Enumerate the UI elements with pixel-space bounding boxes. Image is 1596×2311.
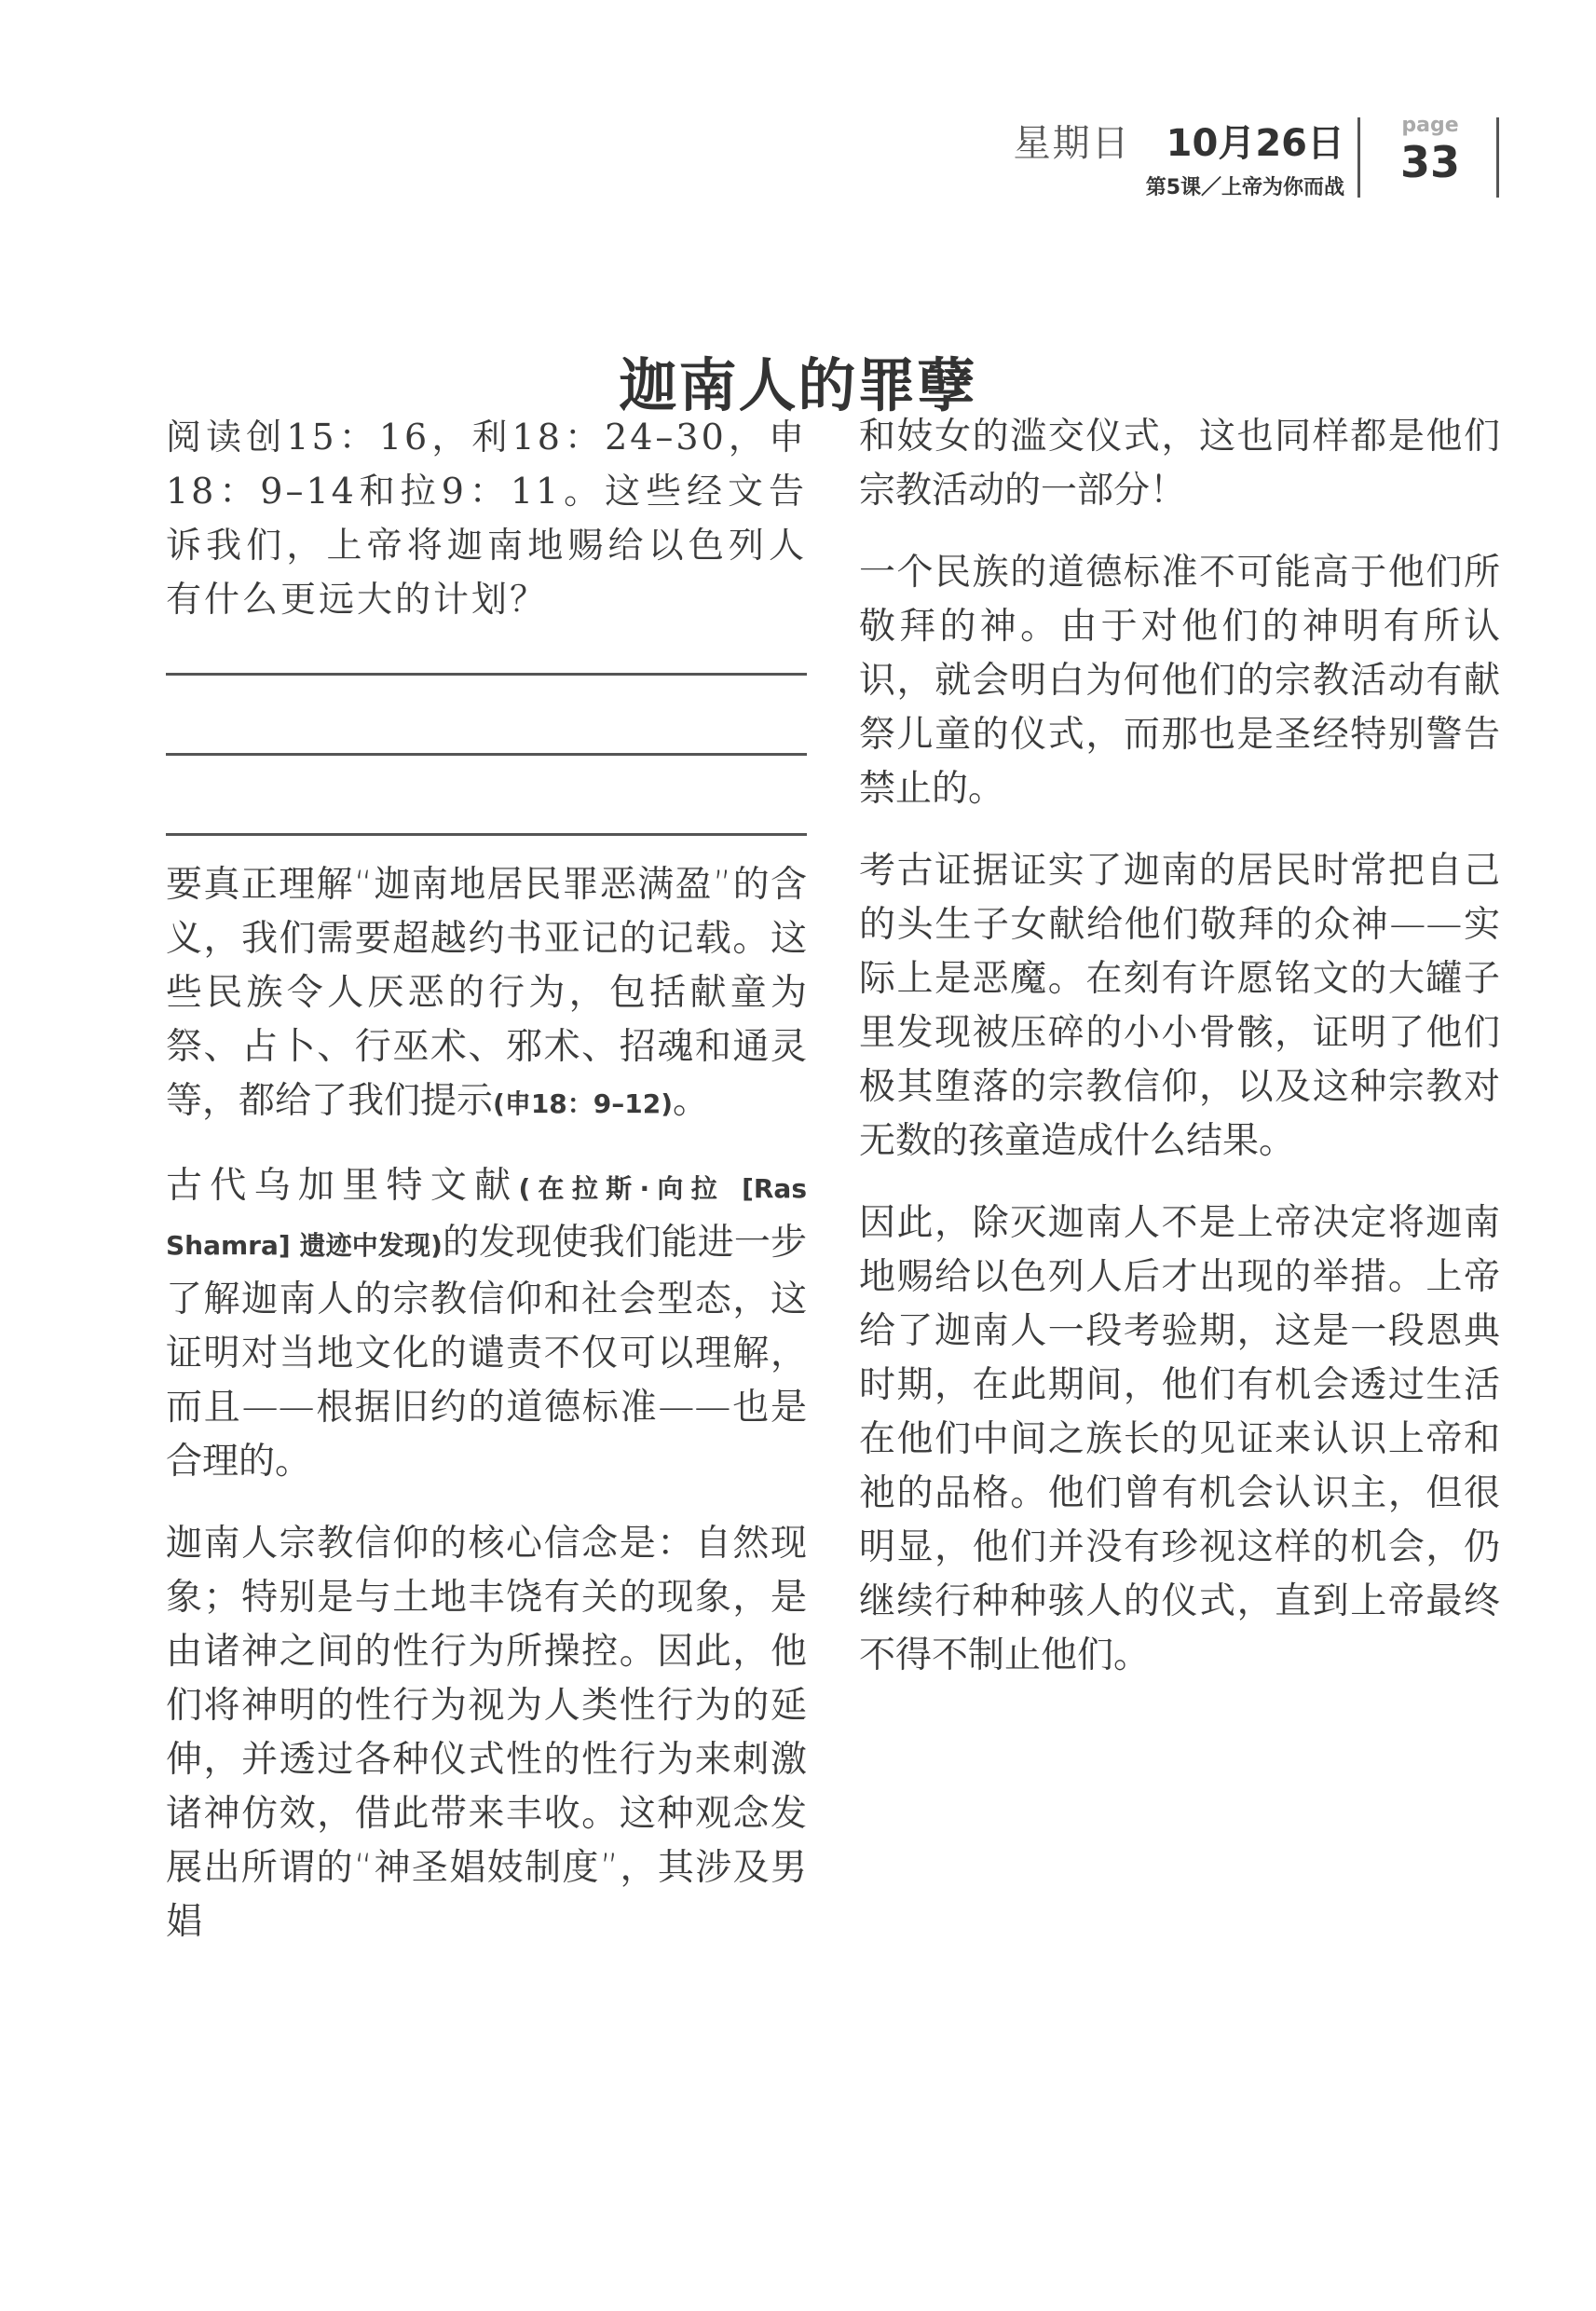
paragraph: 要真正理解“迦南地居民罪恶满盈”的含义，我们需要超越约书亚记的记载。这些民族令人… [166,858,807,1131]
paragraph: 古代乌加里特文献(在拉斯·向拉 [Ras Shamra] 遗迹中发现)的发现使我… [166,1159,807,1489]
paragraph: 因此，除灭迦南人不是上帝决定将迦南地赐给以色列人后才出现的举措。上帝给了迦南人一… [859,1197,1500,1683]
paragraph: 和妓女的滥交仪式，这也同样都是他们宗教活动的一部分！ [859,410,1500,518]
day-date-line: 星期日10月26日 [1014,121,1344,173]
page-indicator: page 33 [1370,114,1491,186]
paragraph-text: 的发现使我们能进一步了解迦南人的宗教信仰和社会型态，这证明对当地文化的谴责不仅可… [166,1222,807,1483]
lesson-subtitle: 第5课／上帝为你而战 [1014,171,1344,200]
answer-line[interactable] [166,673,807,676]
left-column: 阅读创15：16，利18：24–30，申18：9–14和拉9：11。这些经文告诉… [166,410,807,1977]
scripture-citation: (申18：9–12) [493,1088,673,1119]
page-label: page [1370,114,1491,138]
paragraph: 一个民族的道德标准不可能高于他们所敬拜的神。由于对他们的神明有所认识，就会明白为… [859,546,1500,816]
right-column: 和妓女的滥交仪式，这也同样都是他们宗教活动的一部分！ 一个民族的道德标准不可能高… [859,410,1500,1711]
answer-line[interactable] [166,833,807,836]
paragraph-text: 要真正理解“迦南地居民罪恶满盈”的含义，我们需要超越约书亚记的记载。这些民族令人… [166,864,807,1122]
weekday: 星期日 [1014,122,1131,165]
answer-line[interactable] [166,753,807,756]
paragraph-text: 。 [673,1080,709,1122]
page-header: 星期日10月26日 第5课／上帝为你而战 page 33 [0,110,1596,203]
header-divider-left [1357,117,1360,198]
header-divider-right [1496,117,1499,198]
study-question: 阅读创15：16，利18：24–30，申18：9–14和拉9：11。这些经文告诉… [166,410,807,626]
paragraph: 迦南人宗教信仰的核心信念是：自然现象；特别是与土地丰饶有关的现象，是由诸神之间的… [166,1517,807,1949]
date: 10月26日 [1166,122,1344,165]
paragraph: 考古证据证实了迦南的居民时常把自己的头生子女献给他们敬拜的众神——实际上是恶魔。… [859,844,1500,1169]
paragraph-text: 古代乌加里特文献 [166,1165,518,1207]
date-block: 星期日10月26日 第5课／上帝为你而战 [1014,121,1344,200]
answer-lines [166,673,807,836]
page-number: 33 [1370,138,1491,186]
